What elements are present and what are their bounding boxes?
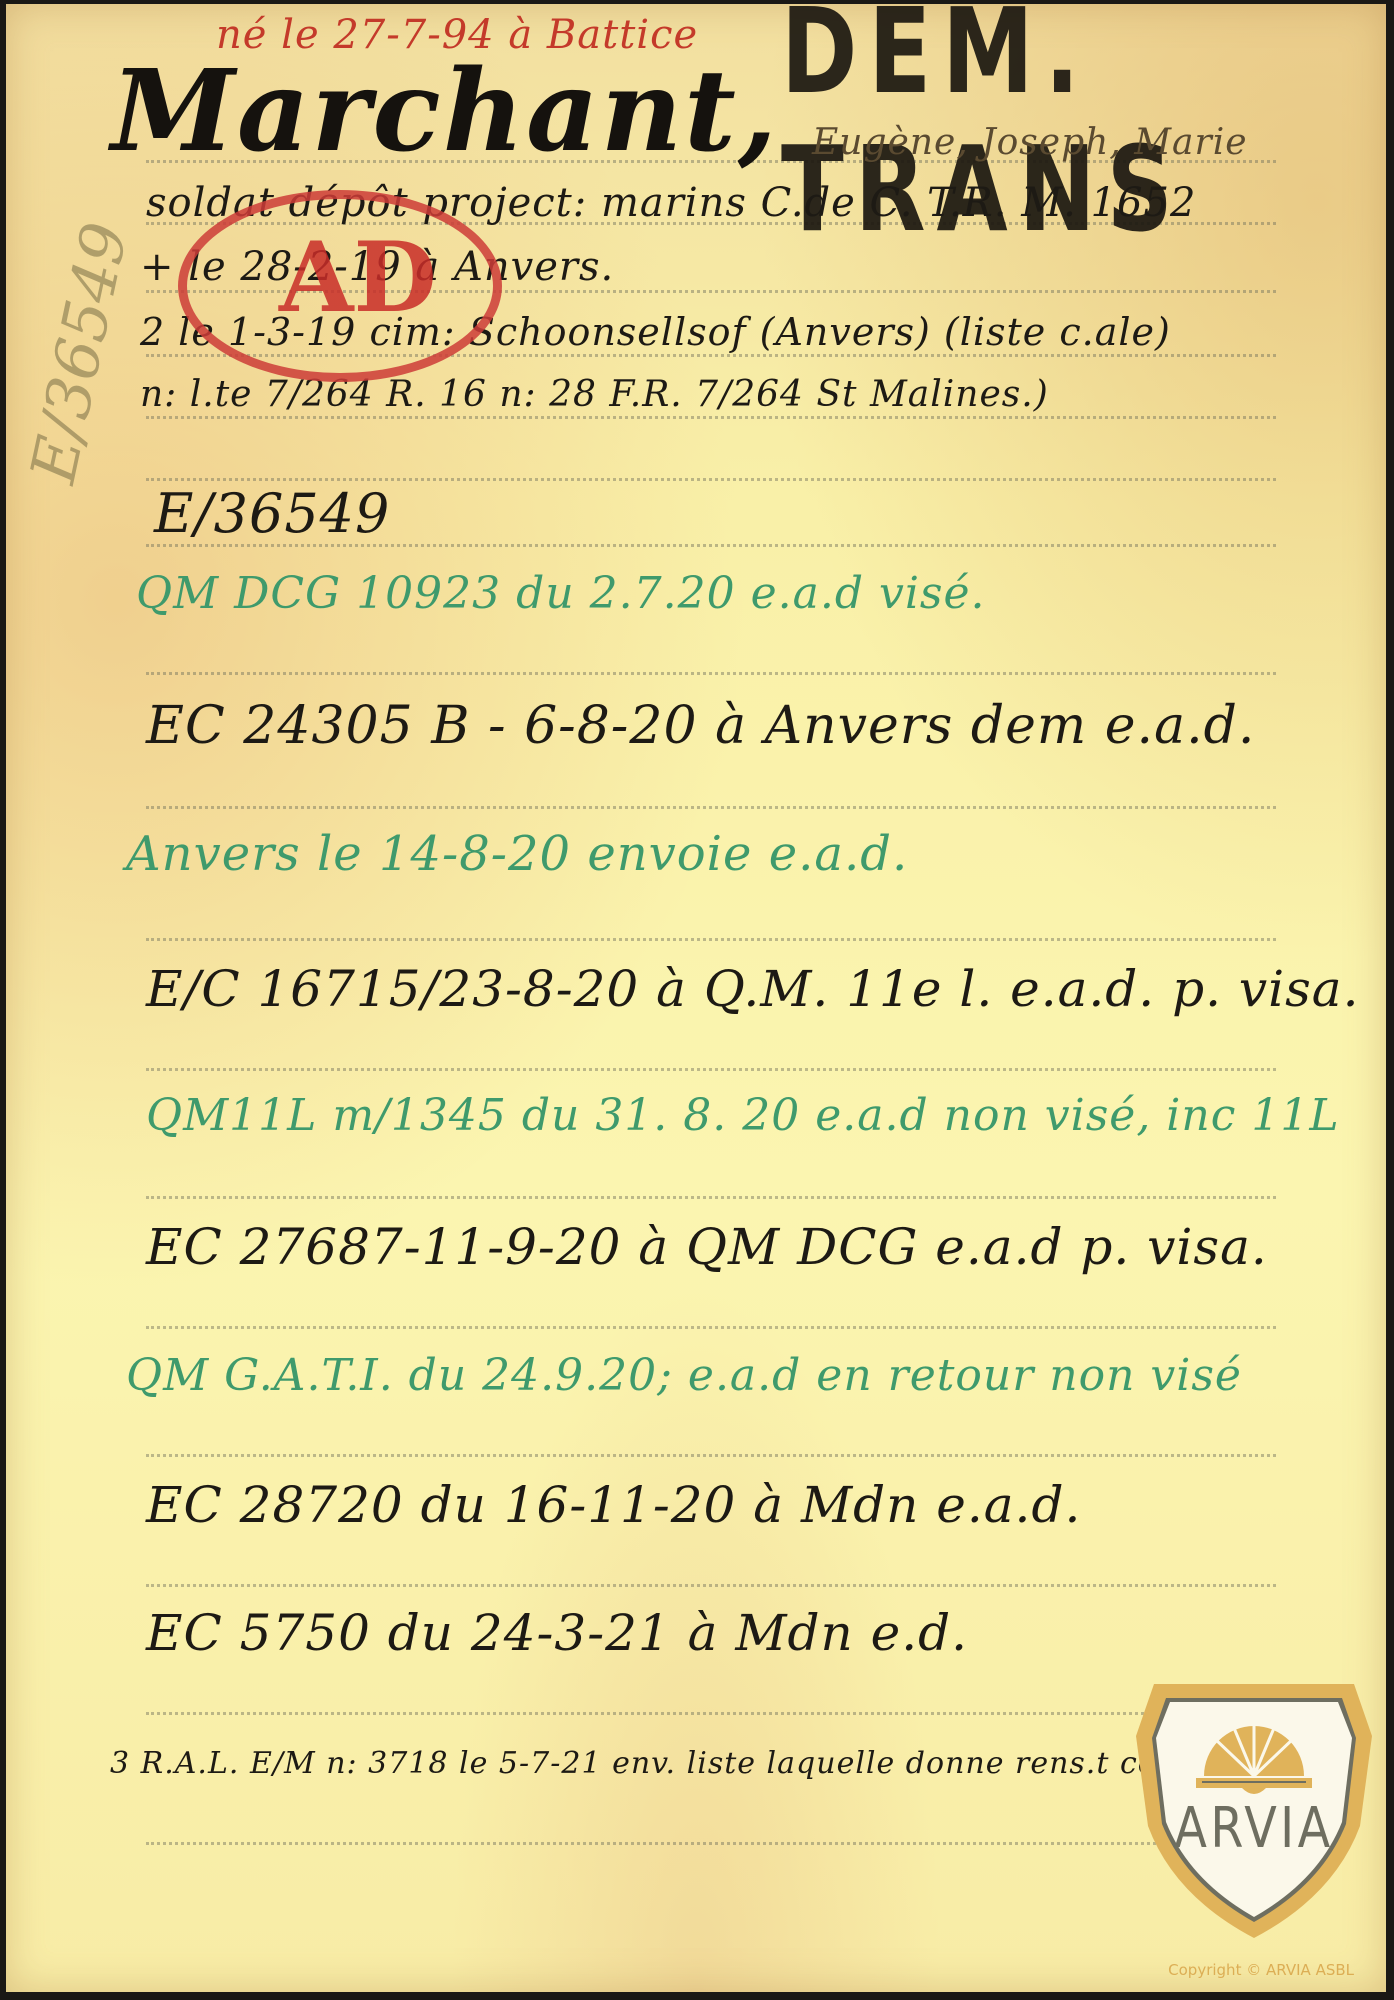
- ruled-line: [146, 1842, 1276, 1845]
- given-names: Eugène, Joseph, Marie: [812, 122, 1248, 163]
- entry-line: E/C 16715/23-8-20 à Q.M. 11e l. e.a.d. p…: [146, 960, 1359, 1018]
- entry-line: E/36549: [154, 482, 390, 545]
- entry-line: EC 27687-11-9-20 à QM DCG e.a.d p. visa.: [146, 1218, 1268, 1276]
- entry-line: QM11L m/1345 du 31. 8. 20 e.a.d non visé…: [146, 1090, 1340, 1141]
- entry-line: Anvers le 14-8-20 envoie e.a.d.: [126, 826, 908, 882]
- ruled-line: [146, 1068, 1276, 1071]
- ruled-line: [146, 478, 1276, 481]
- surname: Marchant,: [111, 46, 779, 177]
- entry-line: EC 24305 B - 6-8-20 à Anvers dem e.a.d.: [146, 696, 1255, 756]
- arvia-logo: ARVIA: [1134, 1676, 1374, 1944]
- ruled-line: [146, 938, 1276, 941]
- ruled-line: [146, 1454, 1276, 1457]
- entry-line: QM DCG 10923 du 2.7.20 e.a.d visé.: [136, 568, 986, 619]
- entry-line: EC 28720 du 16-11-20 à Mdn e.a.d.: [146, 1476, 1081, 1534]
- archive-card: DEM. TRANS né le 27-7-94 à Battice March…: [6, 4, 1386, 1992]
- ruled-line: [146, 1584, 1276, 1587]
- ruled-line: [146, 416, 1276, 419]
- margin-note: E/36549: [16, 216, 142, 489]
- ruled-line: [146, 806, 1276, 809]
- ad-stamp: AD: [178, 190, 502, 382]
- reference-line: n: l.te 7/264 R. 16 n: 28 F.R. 7/264 St …: [140, 374, 1049, 415]
- ruled-line: [146, 1196, 1276, 1199]
- entry-line: QM G.A.T.I. du 24.9.20; e.a.d en retour …: [126, 1350, 1242, 1401]
- copyright-notice: Copyright © ARVIA ASBL: [1168, 1961, 1354, 1979]
- logo-text: ARVIA: [1152, 1796, 1356, 1861]
- ruled-line: [146, 1712, 1276, 1715]
- entry-line: EC 5750 du 24-3-21 à Mdn e.d.: [146, 1604, 968, 1662]
- ruled-line: [146, 1326, 1276, 1329]
- ruled-line: [146, 672, 1276, 675]
- ad-stamp-text: AD: [279, 221, 437, 334]
